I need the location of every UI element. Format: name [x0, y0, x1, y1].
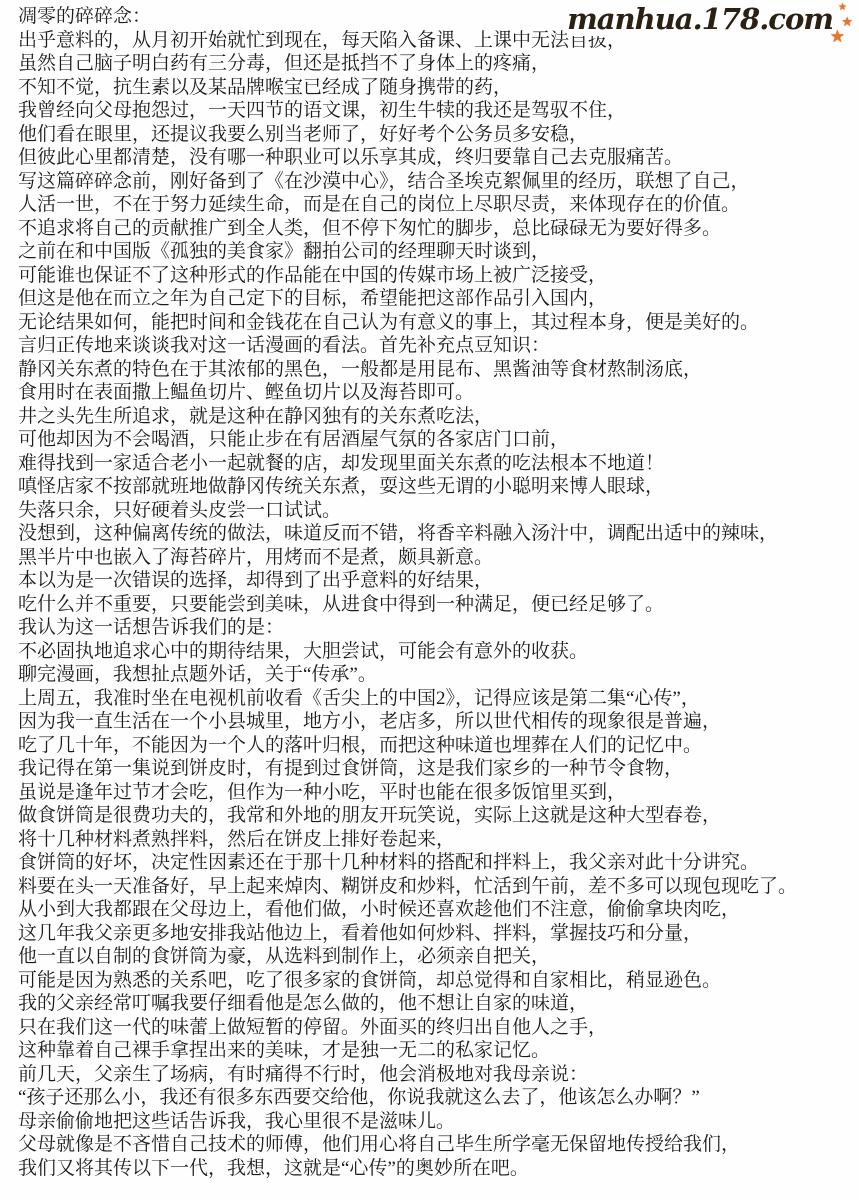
text-line: 本以为是一次错误的选择，却得到了出乎意料的好结果，	[18, 569, 848, 593]
text-body: 凋零的碎碎念：出乎意料的，从月初开始就忙到现在，每天陷入备课、上课中无法自拔，虽…	[18, 5, 848, 1180]
text-line: 人活一世，不在于努力延续生命，而是在自己的岗位上尽职尽责，来体现存在的价值。	[18, 193, 848, 217]
text-line: 他一直以自制的食饼筒为豪，从选料到制作上，必须亲自把关，	[18, 945, 848, 969]
text-line: 食饼筒的好坏，决定性因素还在于那十几种材料的搭配和拌料上，我父亲对此十分讲究。	[18, 851, 848, 875]
text-line: 因为我一直生活在一个小县城里，地方小，老店多，所以世代相传的现象很是普遍，	[18, 710, 848, 734]
text-line: 我曾经向父母抱怨过，一天四节的语文课，初生牛犊的我还是驾驭不住，	[18, 99, 848, 123]
text-line: 我认为这一话想告诉我们的是：	[18, 616, 848, 640]
text-line: 虽说是逢年过节才会吃，但作为一种小吃，平时也能在很多饭馆里买到，	[18, 781, 848, 805]
text-line: 写这篇碎碎念前，刚好备到了《在沙漠中心》，结合圣埃克絮佩里的经历，联想了自己，	[18, 170, 848, 194]
site-logo-text: manhua.178.com	[567, 2, 833, 36]
text-line: 吃什么并不重要，只要能尝到美味，从进食中得到一种满足，便已经足够了。	[18, 593, 848, 617]
text-line: 可能是因为熟悉的关系吧，吃了很多家的食饼筒，却总觉得和自家相比，稍显逊色。	[18, 969, 848, 993]
text-line: “孩子还那么小，我还有很多东西要交给他，你说我就这么去了，他该怎么办啊？”	[18, 1086, 848, 1110]
text-line: 静冈关东煮的特色在于其浓郁的黑色，一般都是用昆布、黑酱油等食材熬制汤底，	[18, 358, 848, 382]
site-watermark: manhua.178.com ★ ★ ★	[567, 2, 853, 36]
text-line: 他们看在眼里，还提议我要么别当老师了，好好考个公务员多安稳，	[18, 123, 848, 147]
text-line: 可他却因为不会喝酒，只能止步在有居酒屋气氛的各家店门口前，	[18, 428, 848, 452]
text-line: 失落只余，只好硬着头皮尝一口试试。	[18, 499, 848, 523]
text-line: 不必固执地追求心中的期待结果，大胆尝试，可能会有意外的收获。	[18, 640, 848, 664]
text-line: 食用时在表面撒上鳁鱼切片、鲣鱼切片以及海苔即可。	[18, 381, 848, 405]
text-line: 母亲偷偷地把这些话告诉我，我心里很不是滋味儿。	[18, 1110, 848, 1134]
text-line: 做食饼筒是很费功夫的，我常和外地的朋友开玩笑说，实际上这就是这种大型春卷，	[18, 804, 848, 828]
text-line: 没想到，这种偏离传统的做法，味道反而不错，将香辛料融入汤汁中，调配出适中的辣味，	[18, 522, 848, 546]
text-line: 聊完漫画，我想扯点题外话，关于“传承”。	[18, 663, 848, 687]
text-line: 但这是他在而立之年为自己定下的目标，希望能把这部作品引入国内，	[18, 287, 848, 311]
text-line: 难得找到一家适合老小一起就餐的店，却发现里面关东煮的吃法根本不地道！	[18, 452, 848, 476]
text-line: 只在我们这一代的味蕾上做短暂的停留。外面买的终归出自他人之手，	[18, 1016, 848, 1040]
text-line: 我记得在第一集说到饼皮时，有提到过食饼筒，这是我们家乡的一种节令食物，	[18, 757, 848, 781]
text-line: 之前在和中国版《孤独的美食家》翻拍公司的经理聊天时谈到，	[18, 240, 848, 264]
text-line: 前几天，父亲生了场病，有时痛得不行时，他会消极地对我母亲说：	[18, 1063, 848, 1087]
text-line: 言归正传地来谈谈我对这一话漫画的看法。首先补充点豆知识：	[18, 334, 848, 358]
text-line: 这种靠着自己裸手拿捏出来的美味，才是独一无二的私家记忆。	[18, 1039, 848, 1063]
text-line: 从小到大我都跟在父母边上，看他们做，小时候还喜欢趁他们不注意，偷偷拿块肉吃，	[18, 898, 848, 922]
text-line: 嗔怪店家不按部就班地做静冈传统关东煮，耍这些无谓的小聪明来博人眼球，	[18, 475, 848, 499]
text-line: 我的父亲经常叮嘱我要仔细看他是怎么做的，他不想让自家的味道，	[18, 992, 848, 1016]
text-line: 吃了几十年，不能因为一个人的落叶归根，而把这种味道也埋葬在人们的记忆中。	[18, 734, 848, 758]
text-line: 料要在头一天准备好，早上起来焯肉、糊饼皮和炒料，忙活到午前，差不多可以现包现吃了…	[18, 875, 848, 899]
text-line: 但彼此心里都清楚，没有哪一种职业可以乐享其成，终归要靠自己去克服痛苦。	[18, 146, 848, 170]
text-line: 这几年我父亲更多地安排我站他边上，看着他如何炒料、拌料，掌握技巧和分量，	[18, 922, 848, 946]
text-line: 将十几种材料煮熟拌料，然后在饼皮上排好卷起来，	[18, 828, 848, 852]
text-line: 不知不觉，抗生素以及某品牌喉宝已经成了随身携带的药，	[18, 76, 848, 100]
star-icon: ★	[838, 3, 847, 13]
text-line: 父母就像是不吝惜自己技术的师傅，他们用心将自己毕生所学毫无保留地传授给我们，	[18, 1133, 848, 1157]
text-line: 黑半片中也嵌入了海苔碎片，用烤而不是煮，颇具新意。	[18, 546, 848, 570]
star-icon: ★	[830, 28, 845, 45]
text-line: 可能谁也保证不了这种形式的作品能在中国的传媒市场上被广泛接受，	[18, 264, 848, 288]
text-line: 无论结果如何，能把时间和金钱花在自己认为有意义的事上，其过程本身，便是美好的。	[18, 311, 848, 335]
text-line: 不追求将自己的贡献推广到全人类，但不停下匆忙的脚步，总比碌碌无为要好得多。	[18, 217, 848, 241]
page: manhua.178.com ★ ★ ★ 凋零的碎碎念：出乎意料的，从月初开始就…	[0, 0, 859, 1200]
text-line: 井之头先生所追求，就是这种在静冈独有的关东煮吃法，	[18, 405, 848, 429]
text-line: 我们又将其传以下一代，我想，这就是“心传”的奥妙所在吧。	[18, 1157, 848, 1181]
text-line: 虽然自己脑子明白药有三分毒，但还是抵挡不了身体上的疼痛，	[18, 52, 848, 76]
text-line: 上周五，我准时坐在电视机前收看《舌尖上的中国2》，记得应该是第二集“心传”，	[18, 687, 848, 711]
